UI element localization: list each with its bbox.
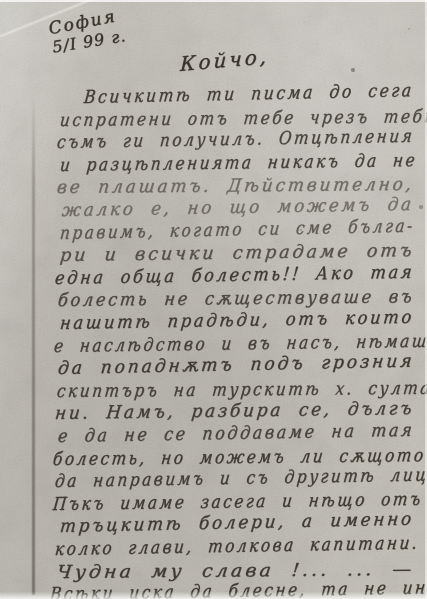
letter-photograph: София 5/I 99 г. Койчо, Всичкитѣ ти писма… [0,0,427,599]
handwritten-line: една обща болесть!! Ако тая [54,263,415,289]
handwritten-line: да направимъ и съ другитѣ лица? [54,465,427,492]
photo-edge-bottom [0,592,427,599]
handwritten-line: и разцѣпленията никакъ да не [59,151,418,176]
handwritten-line: съмъ ги получилъ. Отцѣпления [56,127,415,153]
handwritten-line: Всичкитѣ ти писма до сега [83,81,415,108]
photo-edge-top [0,0,427,2]
letter-body: Всичкитѣ ти писма до сегаиспратени отъ т… [0,0,427,599]
handwritten-line: нашитѣ прадѣди, отъ които [59,308,415,334]
handwritten-line: правимъ, когато си сме бълга- [59,217,416,244]
handwritten-line: колко глави, толкова капитани. [54,534,420,560]
handwritten-line: е да не се поддаваме на тая [57,421,415,447]
